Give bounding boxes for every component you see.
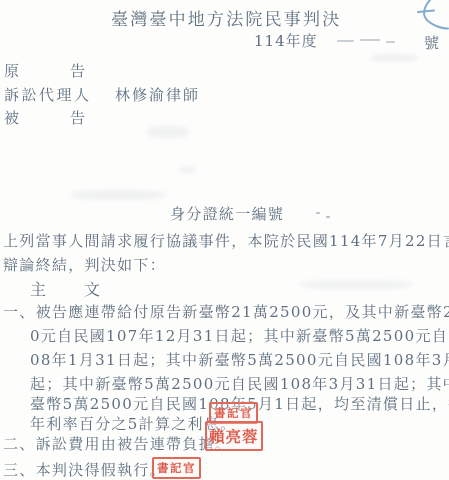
agent-role-label: 訴訟代理人	[4, 84, 92, 105]
scan-artifact	[178, 167, 196, 173]
clerk-title-stamp: 書記官	[152, 457, 201, 479]
redacted-case-number	[386, 41, 395, 43]
judgment-line: 二、訴訟費用由被告連帶負擔。	[3, 433, 231, 454]
redacted-case-number	[360, 39, 380, 41]
scan-artifact	[70, 190, 165, 200]
redacted-id	[316, 212, 320, 214]
clerk-name-stamp: 賴亮蓉	[205, 421, 263, 451]
pen-mark-arc	[417, 0, 449, 34]
court-judgment-page: 臺灣臺中地方法院民事判決 114年度 號 原 告 訴訟代理人 林修渝律師 被 告…	[0, 0, 449, 480]
redacted-id	[326, 216, 330, 218]
main-text-heading: 主 文	[30, 277, 102, 300]
judgment-line: 08年1月31日起；其中新臺幣5萬2500元自民國108年3月1日	[30, 349, 449, 370]
case-number-suffix: 號	[424, 32, 440, 53]
redacted-case-number	[337, 40, 354, 42]
preamble-line: 辯論終結，判決如下：	[3, 254, 166, 275]
judgment-line: 一、被告應連帶給付原告新臺幣21萬2500元，及其中新臺幣2,50	[3, 301, 449, 322]
plaintiff-role-label: 原 告	[4, 60, 92, 81]
id-number-label: 身分證統一編號	[170, 203, 284, 224]
scan-artifact	[147, 126, 189, 138]
document-title: 臺灣臺中地方法院民事判決	[111, 5, 341, 30]
scan-artifact	[300, 280, 412, 289]
defendant-role-label: 被 告	[4, 107, 92, 128]
case-year: 114年度	[254, 30, 318, 51]
preamble-line: 上列當事人間請求履行協議事件，本院於民國114年7月22日言詞	[3, 230, 449, 251]
scan-artifact	[370, 54, 418, 62]
judgment-line: 0元自民國107年12月31日起；其中新臺幣5萬2500元自民國1	[30, 325, 449, 346]
judgment-line: 起；其中新臺幣5萬2500元自民國108年3月31日起；其中新	[30, 373, 449, 394]
judgment-line: 三、本判決得假執行。	[3, 459, 166, 480]
agent-name: 林修渝律師	[115, 84, 200, 105]
